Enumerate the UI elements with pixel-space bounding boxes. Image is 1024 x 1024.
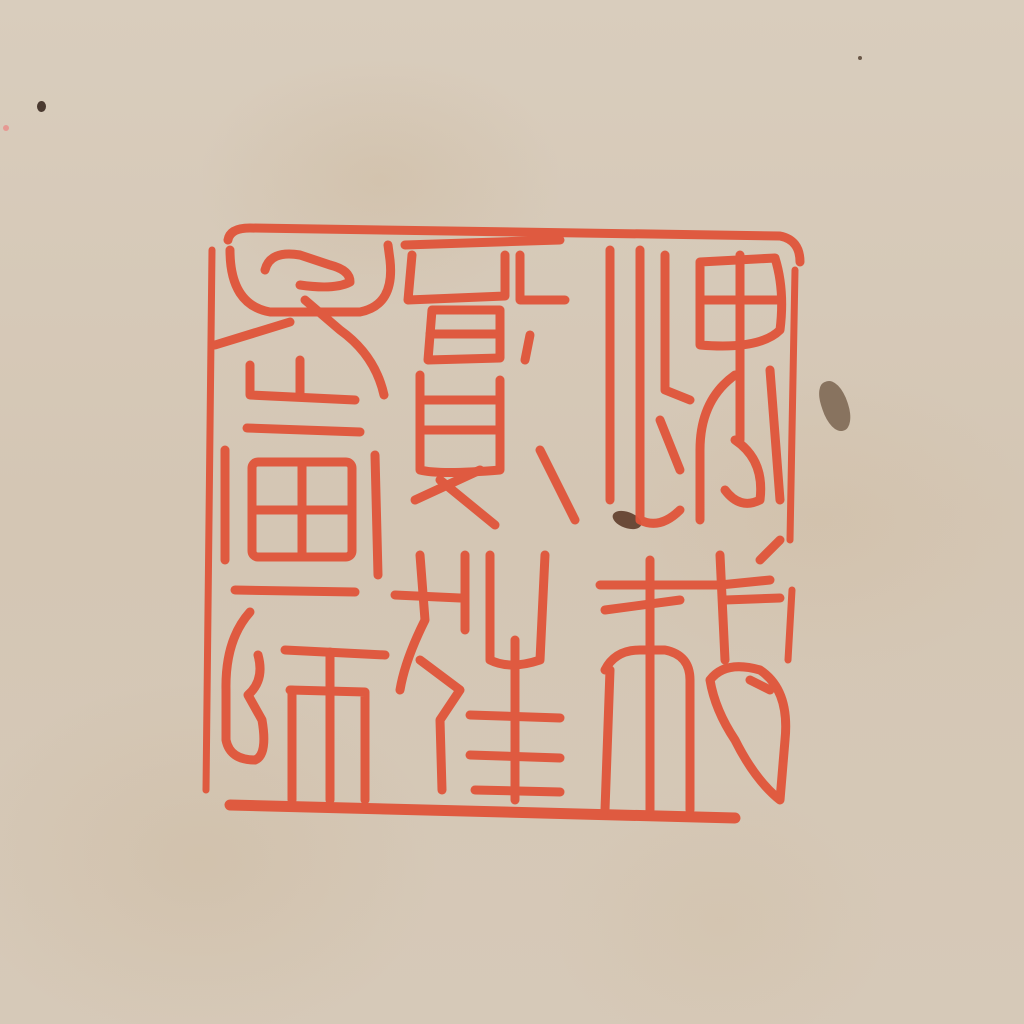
- seal-border-left: [206, 250, 212, 790]
- seal-border-bottom: [230, 805, 735, 818]
- seal-script-characters: [0, 0, 1024, 1024]
- seal-border-right-upper: [790, 270, 795, 540]
